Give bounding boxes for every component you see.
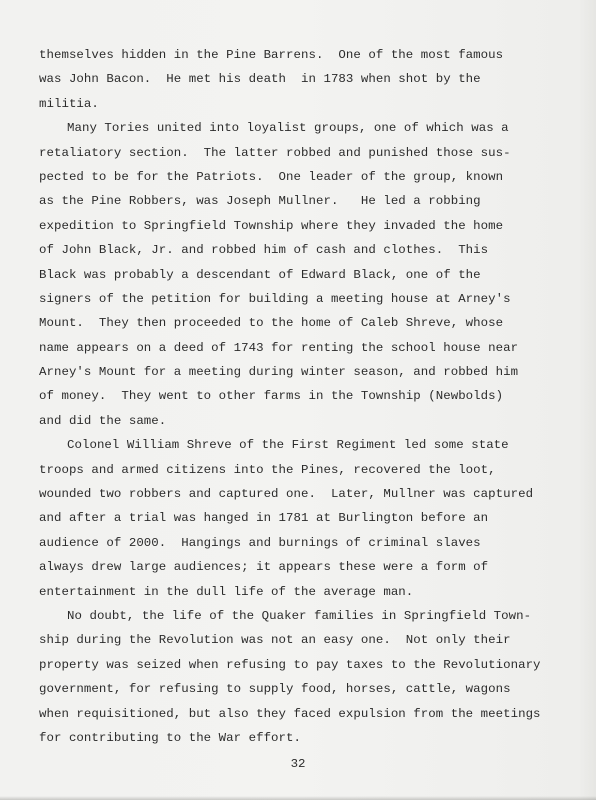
text-line: government, for refusing to supply food,… bbox=[39, 677, 559, 701]
text-line: was John Bacon. He met his death in 1783… bbox=[39, 67, 559, 91]
text-line: property was seized when refusing to pay… bbox=[39, 653, 559, 677]
body-text: themselves hidden in the Pine Barrens. O… bbox=[39, 43, 559, 750]
text-line: Mount. They then proceeded to the home o… bbox=[39, 311, 559, 335]
typewritten-page: themselves hidden in the Pine Barrens. O… bbox=[0, 0, 596, 800]
text-line: themselves hidden in the Pine Barrens. O… bbox=[39, 43, 559, 67]
text-line: and after a trial was hanged in 1781 at … bbox=[39, 506, 559, 530]
text-line: of money. They went to other farms in th… bbox=[39, 384, 559, 408]
text-line: troops and armed citizens into the Pines… bbox=[39, 458, 559, 482]
text-line: audience of 2000. Hangings and burnings … bbox=[39, 531, 559, 555]
text-line: Colonel William Shreve of the First Regi… bbox=[39, 433, 559, 457]
text-line: for contributing to the War effort. bbox=[39, 726, 559, 750]
text-line: and did the same. bbox=[39, 409, 559, 433]
text-line: expedition to Springfield Township where… bbox=[39, 214, 559, 238]
text-line: militia. bbox=[39, 92, 559, 116]
text-line: Many Tories united into loyalist groups,… bbox=[39, 116, 559, 140]
text-line: as the Pine Robbers, was Joseph Mullner.… bbox=[39, 189, 559, 213]
page-number: 32 bbox=[0, 757, 596, 771]
text-line: entertainment in the dull life of the av… bbox=[39, 580, 559, 604]
text-line: of John Black, Jr. and robbed him of cas… bbox=[39, 238, 559, 262]
text-line: ship during the Revolution was not an ea… bbox=[39, 628, 559, 652]
text-line: always drew large audiences; it appears … bbox=[39, 555, 559, 579]
text-line: Arney's Mount for a meeting during winte… bbox=[39, 360, 559, 384]
text-line: name appears on a deed of 1743 for renti… bbox=[39, 336, 559, 360]
text-line: signers of the petition for building a m… bbox=[39, 287, 559, 311]
text-line: pected to be for the Patriots. One leade… bbox=[39, 165, 559, 189]
text-line: when requisitioned, but also they faced … bbox=[39, 702, 559, 726]
text-line: retaliatory section. The latter robbed a… bbox=[39, 141, 559, 165]
text-line: Black was probably a descendant of Edwar… bbox=[39, 263, 559, 287]
text-line: wounded two robbers and captured one. La… bbox=[39, 482, 559, 506]
text-line: No doubt, the life of the Quaker familie… bbox=[39, 604, 559, 628]
